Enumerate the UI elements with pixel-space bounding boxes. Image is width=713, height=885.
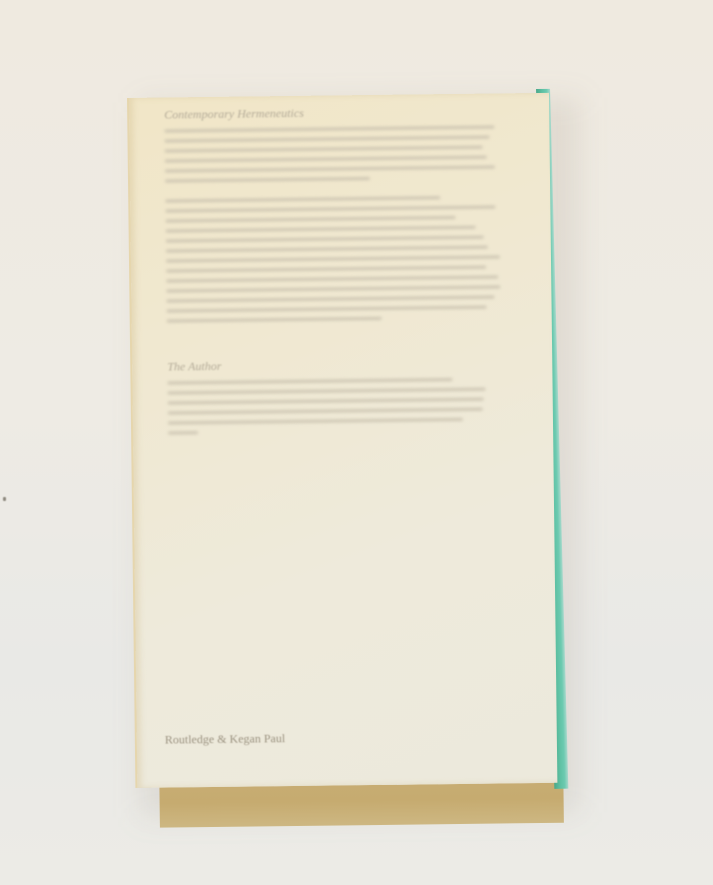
author-heading: The Author [167,359,221,375]
description-paragraph-1 [164,125,505,189]
description-paragraph-2 [165,195,507,329]
dust-speck [3,497,6,501]
photo-scene: Contemporary Hermeneutics [0,0,713,885]
book: Contemporary Hermeneutics [127,93,578,803]
page-edges [159,783,563,828]
author-bio [167,377,508,441]
publisher-name: Routledge & Kegan Paul [165,731,285,747]
book-title: Contemporary Hermeneutics [164,106,304,123]
back-cover: Contemporary Hermeneutics [127,93,557,788]
